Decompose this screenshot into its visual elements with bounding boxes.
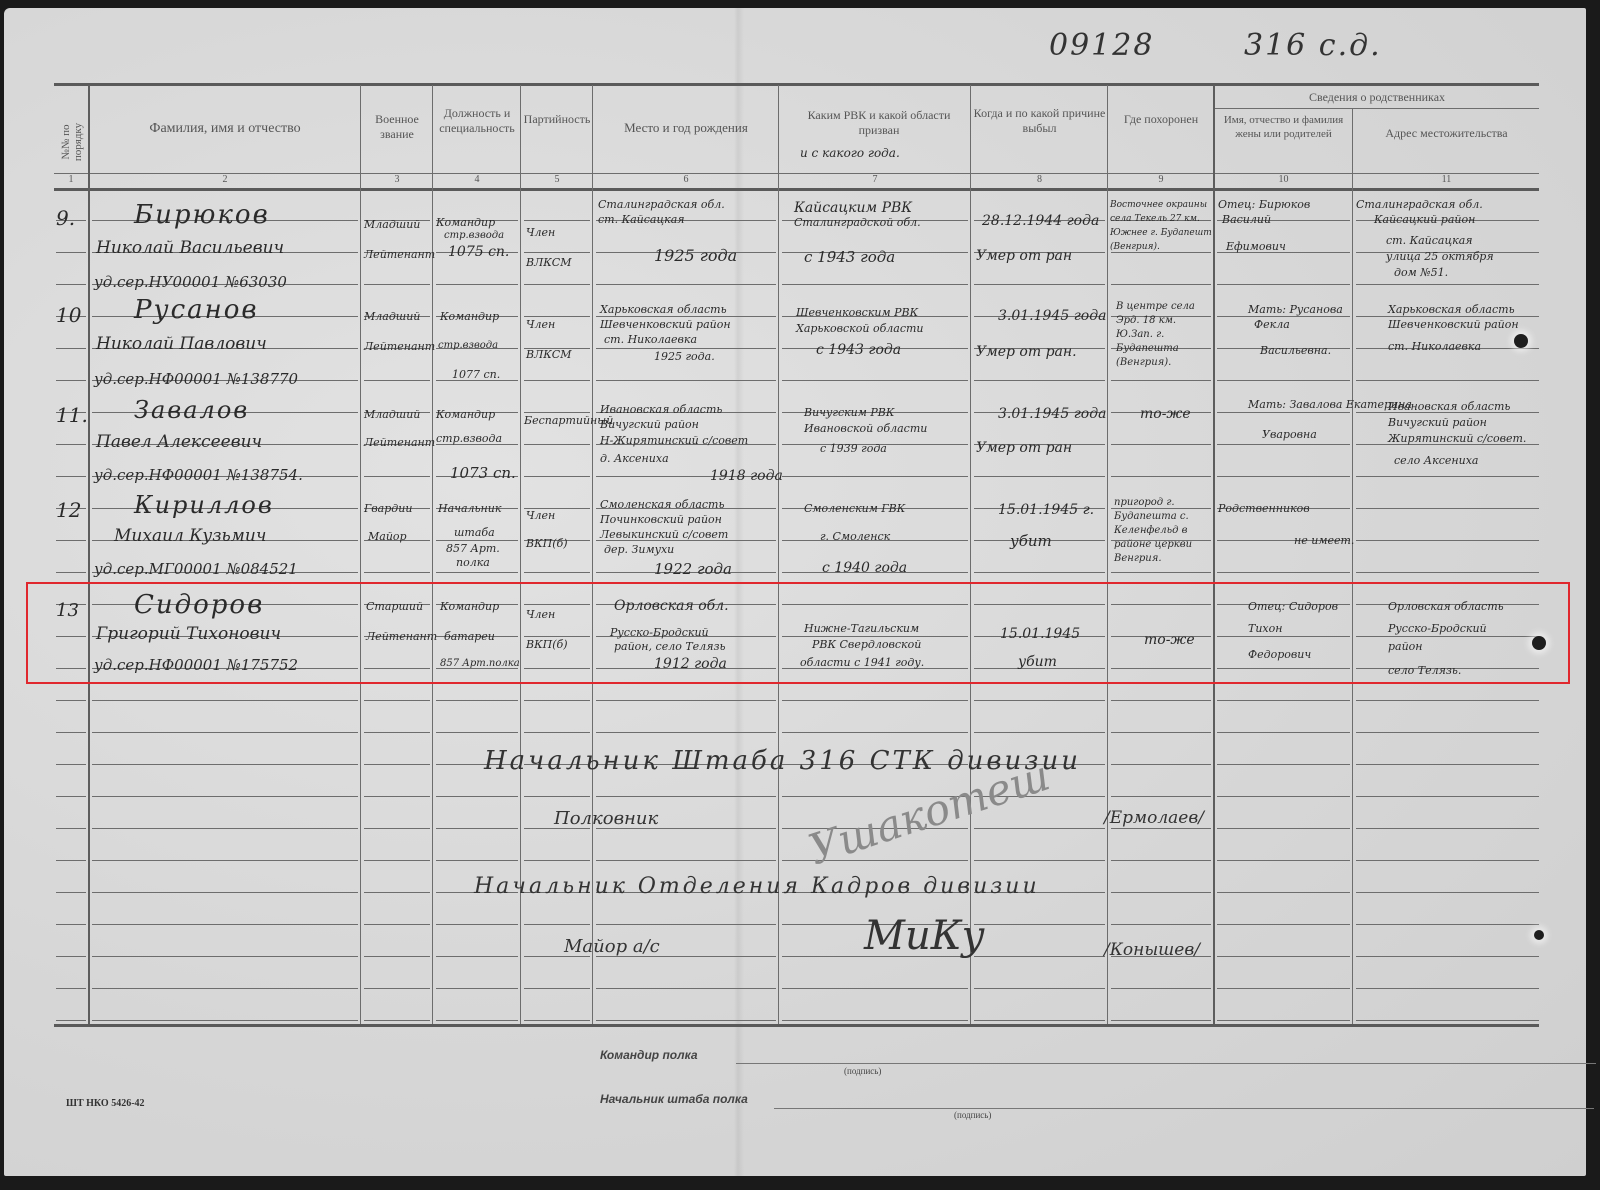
position-line-2: штаба	[454, 526, 495, 539]
ruled-line	[436, 700, 518, 701]
col-divider-1	[88, 85, 90, 1025]
unit-number: 316 с.д.	[1244, 28, 1382, 63]
ruled-line	[56, 572, 86, 573]
ruled-line	[524, 284, 590, 285]
row-number: 11.	[56, 403, 88, 427]
party: Член ВЛКСМ	[526, 218, 590, 278]
ruled-line	[974, 828, 1105, 829]
header-group-relatives: Сведения о родственниках	[1215, 90, 1539, 105]
ruled-line	[92, 924, 358, 925]
col-divider-3	[432, 85, 433, 1025]
surname: Завалов	[134, 396, 249, 424]
col-num-8: 8	[972, 174, 1107, 187]
header-bottom-border	[54, 188, 1539, 191]
ruled-line	[56, 796, 86, 797]
ruled-line	[56, 380, 86, 381]
surname: Кириллов	[134, 491, 274, 519]
ruled-line	[596, 1020, 776, 1021]
chief-label: Начальник штаба полка	[600, 1092, 748, 1106]
birth-line-5: 1918 года	[710, 468, 783, 484]
ruled-line	[782, 732, 968, 733]
when-line-1: 3.01.1945 года	[998, 406, 1106, 422]
ruled-line	[364, 1020, 430, 1021]
ruled-line	[1356, 828, 1539, 829]
ruled-line	[524, 1020, 590, 1021]
ruled-line	[436, 732, 518, 733]
address-line-3: Жирятинский с/совет.	[1388, 432, 1526, 445]
commander-label: Командир полка	[600, 1048, 698, 1062]
ruled-line	[436, 924, 518, 925]
col-num-6: 6	[594, 174, 778, 187]
header-col-5: Партийность	[522, 112, 592, 127]
address-line-3: ст. Николаевка	[1388, 340, 1481, 353]
ruled-line	[56, 1020, 86, 1021]
ruled-line	[1111, 892, 1211, 893]
birth-line-1: Смоленская область	[600, 498, 724, 511]
address-line-2: Шевченковский район	[1388, 318, 1519, 331]
rvk-line-2: Харьковской области	[796, 322, 924, 335]
birth-line-1: Ивановская область	[600, 403, 722, 416]
ruled-line	[436, 572, 518, 573]
position-line-1: Командир	[436, 216, 495, 229]
ruled-line	[56, 540, 86, 541]
birth-line-3: 1925 года	[654, 246, 737, 265]
buried-text: В центре села Эрд. 18 км. Ю.Зап. г. Буда…	[1116, 300, 1214, 370]
ruled-line	[92, 988, 358, 989]
ruled-line	[1356, 732, 1539, 733]
ruled-line	[524, 444, 590, 445]
surname: Бирюков	[134, 200, 270, 230]
relative-line-2: Уваровна	[1262, 428, 1317, 441]
ruled-line	[974, 860, 1105, 861]
ruled-line	[1111, 572, 1211, 573]
ruled-line	[1111, 1020, 1211, 1021]
ruled-line	[364, 732, 430, 733]
birth-line-5: 1922 года	[654, 560, 732, 578]
col-divider-9	[1213, 85, 1215, 1025]
id-document: уд.сер.НУ00001 №63030	[94, 273, 287, 291]
birth-line-1: Харьковская область	[600, 303, 727, 316]
chief-signature-hint: (подпись)	[954, 1110, 991, 1120]
id-document: уд.сер.НФ00001 №138754.	[94, 466, 303, 484]
relative-line-2: не имеет.	[1294, 534, 1354, 547]
ruled-line	[974, 572, 1105, 573]
ruled-line	[1111, 764, 1211, 765]
ruled-line	[1111, 380, 1211, 381]
ruled-line	[56, 284, 86, 285]
ruled-line	[524, 924, 590, 925]
ruled-line	[1111, 700, 1211, 701]
ruled-line	[364, 828, 430, 829]
ruled-line	[524, 796, 590, 797]
buried-text: то-же	[1140, 406, 1191, 422]
table-top-border	[54, 83, 1539, 86]
rvk-line-1: Кайсацким РВК	[794, 200, 912, 216]
ruled-line	[596, 284, 776, 285]
ruled-line	[1217, 284, 1350, 285]
rank-line-1: Гвардии	[364, 502, 412, 515]
birth-line-2: ст. Кайсацкая	[598, 213, 685, 226]
position-line-3: 1073 сп.	[450, 464, 516, 482]
header-col-9: Где похоронен	[1109, 112, 1213, 127]
ruled-line	[1217, 828, 1350, 829]
rvk-line-3: с 1939 года	[820, 442, 887, 455]
ruled-line	[1356, 924, 1539, 925]
header-col-2: Фамилия, имя и отчество	[90, 120, 360, 138]
position-line-1: Командир	[440, 310, 499, 323]
ruled-line	[1111, 796, 1211, 797]
ruled-line	[524, 988, 590, 989]
col-num-11: 11	[1354, 174, 1539, 187]
ruled-line	[56, 764, 86, 765]
ruled-line	[1217, 796, 1350, 797]
ruled-line	[56, 732, 86, 733]
paper-hole	[1514, 334, 1528, 348]
ruled-line	[436, 284, 518, 285]
ruled-line	[56, 956, 86, 957]
rank-line-2: Майор	[368, 530, 407, 543]
birth-line-3: ст. Николаевка	[604, 333, 697, 346]
ruled-line	[974, 700, 1105, 701]
address-line-2: Вичугский район	[1388, 416, 1487, 429]
ruled-line	[364, 700, 430, 701]
ruled-line	[92, 828, 358, 829]
ruled-line	[782, 476, 968, 477]
ruled-line	[1356, 956, 1539, 957]
ruled-line	[92, 892, 358, 893]
birth-line-2: Вичугский район	[600, 418, 699, 431]
rvk-line-2: Ивановской области	[804, 422, 927, 435]
ruled-line	[1111, 444, 1211, 445]
row-number: 9.	[56, 206, 75, 230]
ruled-line	[596, 348, 776, 349]
birth-line-2: Починковский район	[600, 513, 722, 526]
address-line-4: улица 25 октября	[1386, 250, 1494, 263]
ruled-line	[974, 732, 1105, 733]
when-line-1: 28.12.1944 года	[982, 213, 1099, 229]
ruled-line	[92, 860, 358, 861]
ruled-line	[436, 540, 518, 541]
when-line-1: 15.01.1945 г.	[998, 502, 1094, 518]
document-paper: 09128 316 с.д. №№ по порядку Фамилия, им…	[4, 8, 1586, 1176]
col-num-7: 7	[780, 174, 970, 187]
ruled-line	[364, 796, 430, 797]
ruled-line	[1356, 1020, 1539, 1021]
ruled-line	[1356, 796, 1539, 797]
relative-line-2: Фекла	[1254, 318, 1290, 331]
ruled-line	[364, 956, 430, 957]
ruled-line	[1217, 956, 1350, 957]
ruled-line	[1356, 476, 1539, 477]
position-line-1: Начальник	[438, 502, 501, 515]
col-num-10: 10	[1215, 174, 1352, 187]
header-col-1: №№ по порядку	[60, 112, 88, 172]
ruled-line	[1111, 828, 1211, 829]
ruled-line	[1217, 892, 1350, 893]
ruled-line	[1111, 860, 1211, 861]
col-num-5: 5	[522, 174, 592, 187]
ruled-line	[364, 860, 430, 861]
ruled-line	[782, 284, 968, 285]
position-line-2: стр.взвода	[444, 230, 504, 241]
relative-line-1: Родственников	[1218, 502, 1310, 515]
ruled-line	[1111, 924, 1211, 925]
ruled-line	[1217, 988, 1350, 989]
ruled-line	[436, 796, 518, 797]
when-line-2: Умер от ран.	[976, 344, 1077, 360]
full-name: Николай Васильевич	[96, 238, 284, 258]
ruled-line	[596, 988, 776, 989]
col-num-1: 1	[54, 174, 88, 187]
header-col-7: Каким РВК и какой области призван	[794, 108, 964, 138]
position-line-4: полка	[456, 556, 490, 569]
ruled-line	[974, 284, 1105, 285]
ruled-line	[1111, 284, 1211, 285]
birth-line-1: Сталинградская обл.	[598, 198, 725, 211]
position-line-3: 1077 сп.	[452, 368, 500, 381]
address-line-5: дом №51.	[1394, 266, 1448, 279]
rvk-line-1: Смоленским ГВК	[804, 502, 905, 515]
ruled-line	[1356, 284, 1539, 285]
ruled-line	[92, 956, 358, 957]
ruled-line	[1217, 412, 1350, 413]
ruled-line	[1217, 380, 1350, 381]
rank-line-2: Лейтенант	[364, 248, 435, 261]
signature-rank-2: Майор а/с	[564, 936, 660, 957]
ruled-line	[364, 476, 430, 477]
ruled-line	[524, 860, 590, 861]
ruled-line	[596, 380, 776, 381]
party: Член ВКП(б)	[526, 502, 590, 558]
header-col-8: Когда и по какой причине выбыл	[972, 106, 1107, 136]
ruled-line	[56, 476, 86, 477]
signature-rank-1: Полковник	[554, 808, 658, 829]
when-line-2: Умер от ран	[976, 440, 1072, 456]
ruled-line	[1356, 380, 1539, 381]
ruled-line	[782, 860, 968, 861]
relative-line-1: Мать: Русанова	[1248, 303, 1343, 316]
address-line-4: село Аксениха	[1394, 454, 1478, 467]
position-line-3: 1075 сп.	[448, 244, 509, 260]
full-name: Николай Павлович	[96, 334, 267, 354]
ruled-line	[974, 956, 1105, 957]
ruled-line	[364, 380, 430, 381]
buried-text: пригород г. Будапешта с. Келенфельд в ра…	[1114, 496, 1212, 566]
ruled-line	[524, 700, 590, 701]
ruled-line	[1356, 988, 1539, 989]
relative-line-3: Ефимович	[1226, 240, 1286, 253]
ruled-line	[56, 348, 86, 349]
address-line-1: Ивановская область	[1388, 400, 1510, 413]
birth-line-4: д. Аксениха	[600, 452, 669, 465]
id-document: уд.сер.НФ00001 №138770	[94, 370, 298, 388]
ruled-line	[596, 924, 776, 925]
header-col-3: Военное звание	[362, 112, 432, 142]
ruled-line	[1356, 892, 1539, 893]
ruled-line	[782, 988, 968, 989]
commander-signature-line	[736, 1063, 1596, 1064]
paper-hole	[1534, 930, 1544, 940]
rank-line-2: Лейтенант	[364, 340, 435, 353]
birth-line-4: 1925 года.	[654, 350, 715, 363]
rvk-line-1: Шевченковским РВК	[796, 306, 918, 319]
paper-hole	[1532, 636, 1546, 650]
highlight-box	[26, 582, 1570, 684]
ruled-line	[1111, 988, 1211, 989]
ruled-line	[1111, 476, 1211, 477]
surname: Русанов	[134, 295, 259, 325]
ruled-line	[1217, 316, 1350, 317]
party: Член ВЛКСМ	[526, 310, 590, 370]
ruled-line	[1217, 860, 1350, 861]
ruled-line	[92, 700, 358, 701]
rvk-line-1: Вичугским РВК	[804, 406, 894, 419]
ruled-line	[56, 988, 86, 989]
ruled-line	[1217, 732, 1350, 733]
birth-line-2: Шевченковский район	[600, 318, 731, 331]
chief-signature-line	[774, 1108, 1594, 1109]
ruled-line	[974, 1020, 1105, 1021]
ruled-line	[1111, 732, 1211, 733]
rank-line-1: Младший	[364, 408, 420, 421]
rank-line-1: Младший	[364, 218, 420, 231]
col-num-2: 2	[90, 174, 360, 187]
archive-number: 09128	[1049, 28, 1154, 63]
ruled-line	[1356, 540, 1539, 541]
when-line-2: Умер от ран	[976, 248, 1072, 264]
ruled-line	[1217, 764, 1350, 765]
rvk-line-2: г. Смоленск	[820, 530, 890, 543]
address-line-3: ст. Кайсацкая	[1386, 234, 1473, 247]
ruled-line	[1356, 860, 1539, 861]
rvk-line-2: Сталинградской обл.	[794, 216, 921, 229]
ruled-line	[1217, 572, 1350, 573]
ruled-line	[1217, 1020, 1350, 1021]
ruled-line	[92, 764, 358, 765]
ruled-line	[436, 860, 518, 861]
row-number: 12	[56, 498, 81, 522]
row-number: 10	[56, 303, 81, 327]
ruled-line	[364, 572, 430, 573]
col-divider-8	[1107, 85, 1108, 1025]
buried-text: Восточнее окраины села Текель 27 км. Южн…	[1110, 198, 1212, 254]
signature-name-1: /Ермолаев/	[1104, 808, 1204, 828]
header-col-11: Адрес местожительства	[1354, 126, 1539, 141]
birth-line-3: Н-Жирятинский с/совет	[600, 434, 748, 447]
ruled-line	[92, 1020, 358, 1021]
ruled-line	[974, 380, 1105, 381]
ruled-line	[364, 284, 430, 285]
full-name: Михаил Кузьмич	[114, 526, 266, 546]
ruled-line	[56, 828, 86, 829]
header-col-4: Должность и специальность	[434, 106, 520, 136]
rvk-line-3: с 1943 года	[804, 248, 895, 266]
relative-line-1: Отец: Бирюков	[1218, 198, 1310, 211]
ruled-line	[1356, 572, 1539, 573]
signature-scribble-2: МиКу	[864, 913, 985, 959]
full-name: Павел Алексеевич	[96, 432, 262, 452]
ruled-line	[436, 828, 518, 829]
position-line-3: 857 Арт.	[446, 542, 500, 555]
ruled-line	[1356, 764, 1539, 765]
ruled-line	[782, 380, 968, 381]
ruled-line	[782, 1020, 968, 1021]
ruled-line	[782, 700, 968, 701]
ruled-line	[56, 700, 86, 701]
ruled-line	[364, 988, 430, 989]
address-line-2: Кайсацкий район	[1374, 213, 1475, 226]
ruled-line	[524, 380, 590, 381]
rank-line-1: Младший	[364, 310, 420, 323]
birth-line-4: дер. Зимухи	[604, 543, 674, 556]
ruled-line	[56, 892, 86, 893]
table-bottom-border	[54, 1024, 1539, 1027]
relative-line-3: Васильевна.	[1260, 344, 1331, 357]
col-divider-10	[1352, 108, 1353, 1025]
ruled-line	[364, 764, 430, 765]
ruled-line	[364, 892, 430, 893]
address-line-1: Сталинградская обл.	[1356, 198, 1483, 211]
ruled-line	[56, 252, 86, 253]
header-col-7-handwritten: и с какого года.	[800, 146, 900, 160]
position-line-1: Командир	[436, 408, 495, 421]
ruled-line	[56, 860, 86, 861]
ruled-line	[1356, 700, 1539, 701]
ruled-line	[1356, 316, 1539, 317]
group-divider	[1214, 108, 1539, 109]
birth-line-3: Левыкинский с/совет	[600, 528, 728, 541]
form-code: ШТ НКО 5426-42	[66, 1098, 145, 1109]
ruled-line	[596, 860, 776, 861]
signature-title-2: Начальник Отделения Кадров дивизии	[474, 874, 1040, 899]
ruled-line	[974, 988, 1105, 989]
col-divider-2	[360, 85, 361, 1025]
rvk-line-3: с 1940 года	[822, 560, 907, 576]
ruled-line	[56, 444, 86, 445]
ruled-line	[1217, 444, 1350, 445]
ruled-line	[436, 956, 518, 957]
ruled-line	[56, 924, 86, 925]
ruled-line	[596, 700, 776, 701]
relative-line-2: Василий	[1222, 213, 1271, 226]
ruled-line	[596, 316, 776, 317]
header-col-6: Место и год рождения	[594, 120, 778, 136]
ruled-line	[436, 988, 518, 989]
address-line-1: Харьковская область	[1388, 303, 1515, 316]
col-num-9: 9	[1109, 174, 1213, 187]
ruled-line	[1217, 476, 1350, 477]
when-line-2: убит	[1010, 532, 1052, 550]
ruled-line	[974, 476, 1105, 477]
ruled-line	[436, 1020, 518, 1021]
signature-name-2: /Конышев/	[1104, 940, 1200, 960]
header-col-10: Имя, отчество и фамилия жены или родител…	[1215, 114, 1352, 142]
ruled-line	[596, 732, 776, 733]
ruled-line	[92, 732, 358, 733]
party: Беспартийный	[524, 408, 592, 434]
position-line-2: стр.взвода	[438, 340, 498, 351]
ruled-line	[92, 796, 358, 797]
ruled-line	[1217, 924, 1350, 925]
col-num-4: 4	[434, 174, 520, 187]
rvk-line-3: с 1943 года	[816, 342, 901, 358]
ruled-line	[524, 732, 590, 733]
position-line-2: стр.взвода	[436, 432, 502, 445]
ruled-line	[364, 924, 430, 925]
commander-signature-hint: (подпись)	[844, 1066, 881, 1076]
ruled-line	[974, 924, 1105, 925]
ruled-line	[524, 476, 590, 477]
